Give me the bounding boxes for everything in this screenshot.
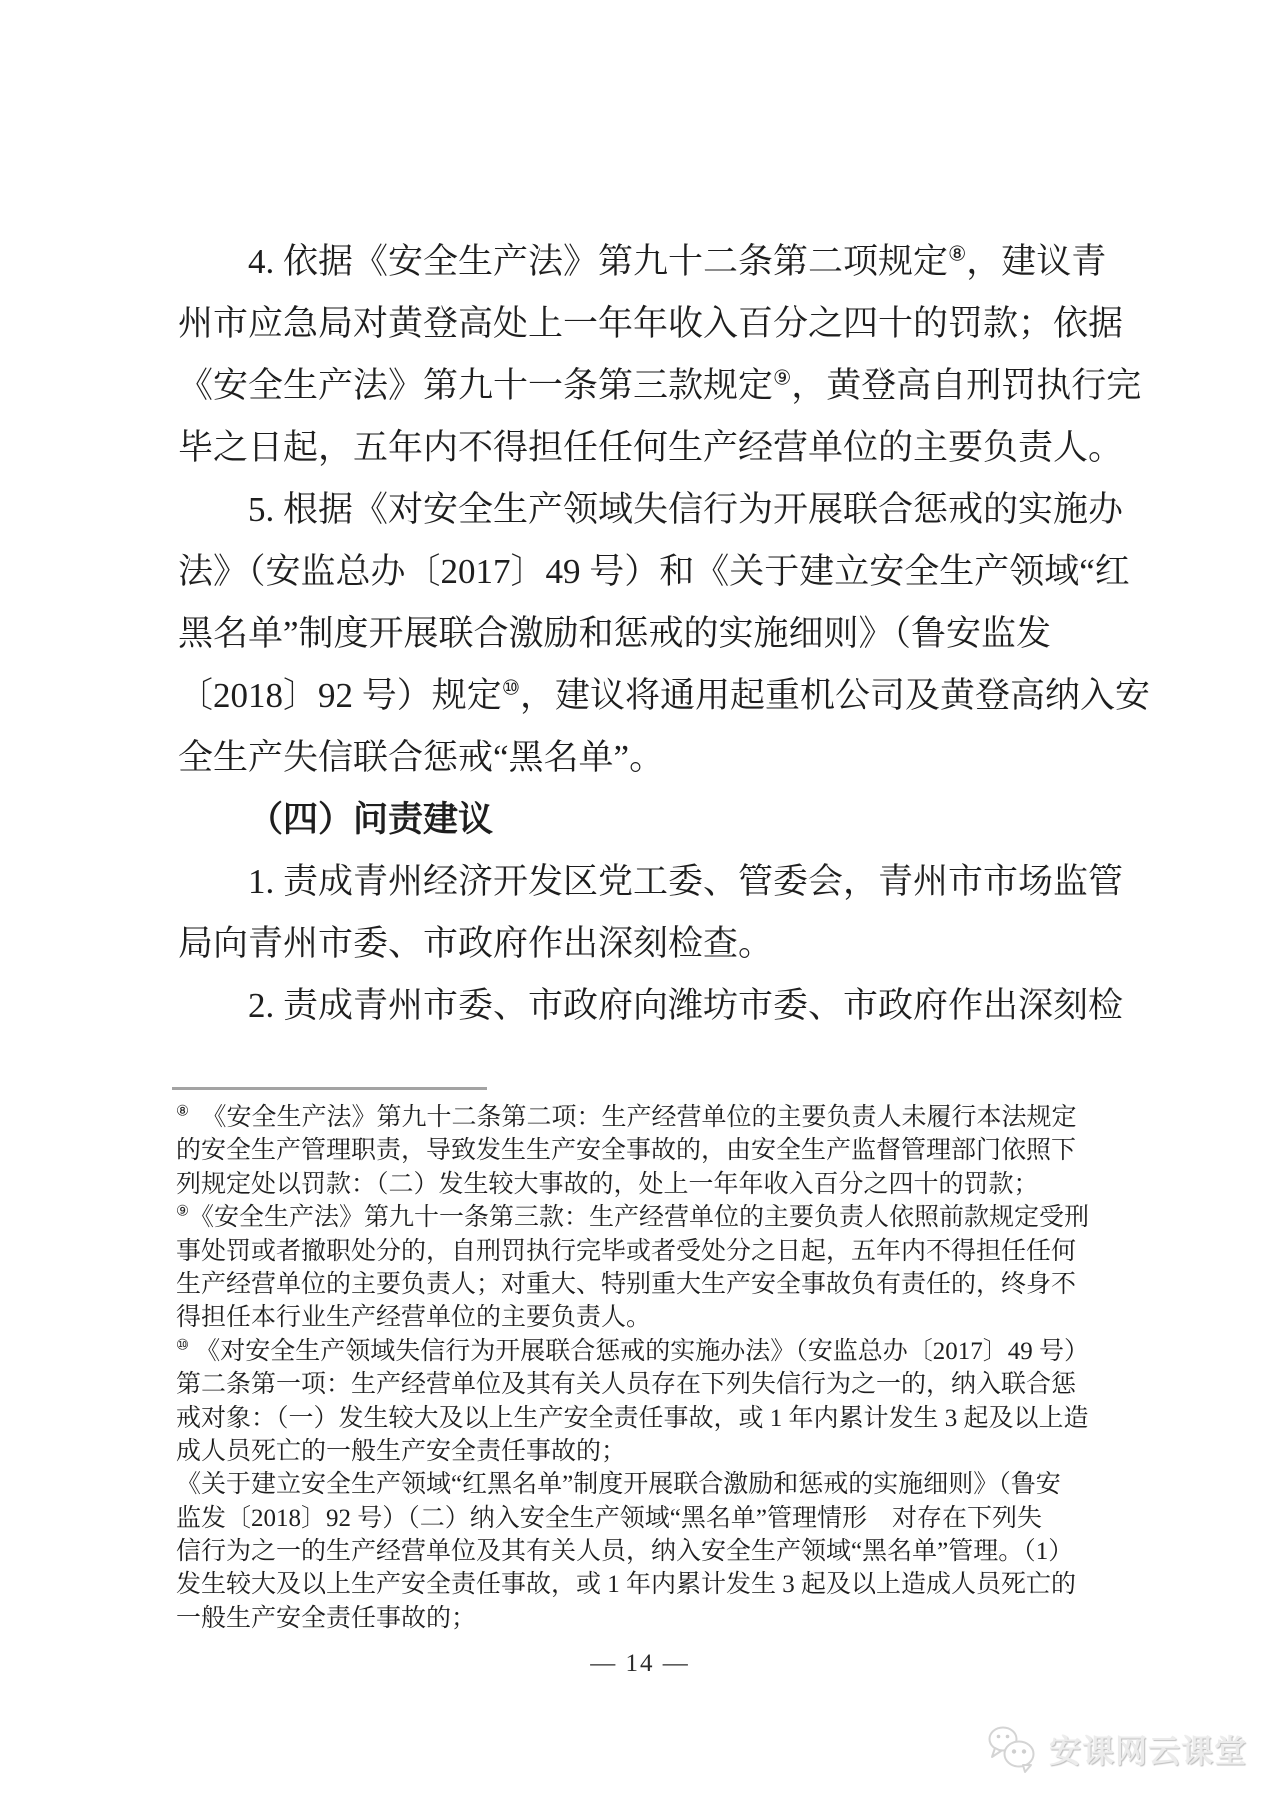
watermark: 安课网云课堂 <box>985 1724 1247 1774</box>
footnote-line: 《关于建立安全生产领域“红黑名单”制度开展联合激励和惩戒的实施细则》（鲁安 <box>176 1468 1136 1501</box>
footnote-line: 发生较大及以上生产安全责任事故，或 1 年内累计发生 3 起及以上造成人员死亡的 <box>176 1568 1136 1601</box>
body-line: 局向青州市委、市政府作出深刻检查。 <box>178 913 1130 975</box>
footnote-line: 成人员死亡的一般生产安全责任事故的； <box>176 1435 1136 1468</box>
body-line: 黑名单”制度开展联合激励和惩戒的实施细则》（鲁安监发 <box>178 603 1130 665</box>
footnote-line: 信行为之一的生产经营单位及其有关人员，纳入安全生产领域“黑名单”管理。（1） <box>176 1535 1136 1568</box>
body-line: 全生产失信联合惩戒“黑名单”。 <box>178 727 1130 789</box>
section-heading: （四）问责建议 <box>178 789 1130 851</box>
footnote-line: 第二条第一项：生产经营单位及其有关人员存在下列失信行为之一的，纳入联合惩 <box>176 1368 1136 1401</box>
footnote-line: ⑩ 《对安全生产领域失信行为开展联合惩戒的实施办法》（安监总办〔2017〕49 … <box>176 1335 1136 1368</box>
footnote-separator <box>172 1087 487 1090</box>
body-line: 2. 责成青州市委、市政府向潍坊市委、市政府作出深刻检 <box>178 975 1130 1037</box>
watermark-text: 安课网云课堂 <box>1049 1726 1247 1772</box>
footnote-line: ⑧ 《安全生产法》第九十二条第二项：生产经营单位的主要负责人未履行本法规定 <box>176 1101 1136 1134</box>
footnote-line: 戒对象：（一）发生较大及以上生产安全责任事故，或 1 年内累计发生 3 起及以上… <box>176 1402 1136 1435</box>
footnote-line: 列规定处以罚款：（二）发生较大事故的，处上一年年收入百分之四十的罚款； <box>176 1168 1136 1201</box>
body-line: 毕之日起，五年内不得担任任何生产经营单位的主要负责人。 <box>178 417 1130 479</box>
body-line: 法》（安监总办〔2017〕49 号）和《关于建立安全生产领域“红 <box>178 541 1130 603</box>
footnotes: ⑧ 《安全生产法》第九十二条第二项：生产经营单位的主要负责人未履行本法规定 的安… <box>176 1101 1136 1635</box>
footnote-line: 得担任本行业生产经营单位的主要负责人。 <box>176 1301 1136 1334</box>
body-line: 〔2018〕92 号）规定⑩，建议将通用起重机公司及黄登高纳入安 <box>178 665 1130 727</box>
body-line: 《安全生产法》第九十一条第三款规定⑨，黄登高自刑罚执行完 <box>178 355 1130 417</box>
page-number: — 14 — <box>0 1650 1280 1678</box>
body-line: 4. 依据《安全生产法》第九十二条第二项规定⑧，建议青 <box>178 231 1130 293</box>
footnote-line: 事处罚或者撤职处分的，自刑罚执行完毕或者受处分之日起，五年内不得担任任何 <box>176 1235 1136 1268</box>
body-line: 州市应急局对黄登高处上一年年收入百分之四十的罚款；依据 <box>178 293 1130 355</box>
chat-bubbles-icon <box>985 1724 1041 1774</box>
footnote-line: 的安全生产管理职责，导致发生生产安全事故的，由安全生产监督管理部门依照下 <box>176 1134 1136 1167</box>
document-page: 4. 依据《安全生产法》第九十二条第二项规定⑧，建议青 州市应急局对黄登高处上一… <box>0 0 1280 1810</box>
body-line: 1. 责成青州经济开发区党工委、管委会，青州市市场监管 <box>178 851 1130 913</box>
body-text: 4. 依据《安全生产法》第九十二条第二项规定⑧，建议青 州市应急局对黄登高处上一… <box>178 231 1130 1037</box>
footnote-line: ⑨《安全生产法》第九十一条第三款：生产经营单位的主要负责人依照前款规定受刑 <box>176 1201 1136 1234</box>
footnote-line: 生产经营单位的主要负责人；对重大、特别重大生产安全事故负有责任的，终身不 <box>176 1268 1136 1301</box>
footnote-line: 监发〔2018〕92 号）（二）纳入安全生产领域“黑名单”管理情形 对存在下列失 <box>176 1502 1136 1535</box>
body-line: 5. 根据《对安全生产领域失信行为开展联合惩戒的实施办 <box>178 479 1130 541</box>
footnote-line: 一般生产安全责任事故的； <box>176 1602 1136 1635</box>
